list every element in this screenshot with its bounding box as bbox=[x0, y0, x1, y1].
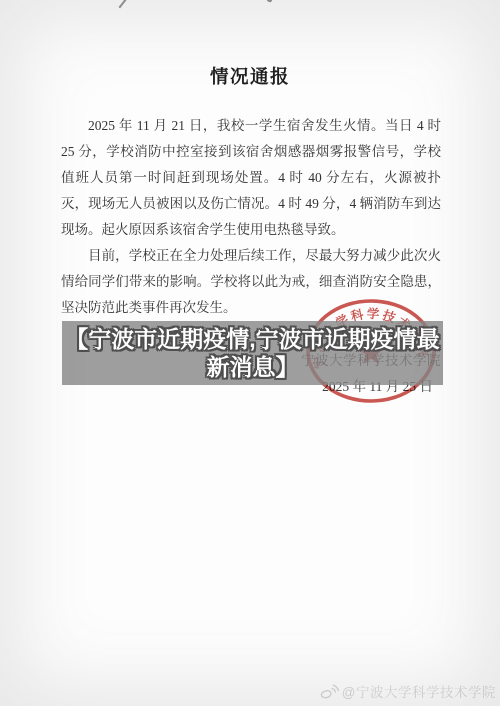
notice-body: 2025 年 11 月 21 日，我校一学生宿舍发生火情。当日 4 时 25 分… bbox=[61, 113, 441, 321]
stray-mark bbox=[266, 0, 272, 3]
watermark-handle: @宁波大学科学技术学院 bbox=[342, 681, 496, 701]
notice-photo: 情况通报 2025 年 11 月 21 日，我校一学生宿舍发生火情。当日 4 时… bbox=[0, 0, 500, 706]
stray-mark bbox=[119, 0, 128, 8]
caption-line-1: 【宁波市近期疫情,宁波市近期疫情最 bbox=[62, 325, 443, 353]
notice-title: 情况通报 bbox=[0, 63, 500, 89]
notice-paragraph: 2025 年 11 月 21 日，我校一学生宿舍发生火情。当日 4 时 25 分… bbox=[61, 113, 441, 243]
caption-line-2: 新消息】 bbox=[62, 353, 443, 381]
caption-band: 【宁波市近期疫情,宁波市近期疫情最 新消息】 bbox=[62, 321, 443, 385]
watermark: @宁波大学科学技术学院 bbox=[318, 681, 496, 701]
weibo-icon bbox=[318, 683, 340, 700]
